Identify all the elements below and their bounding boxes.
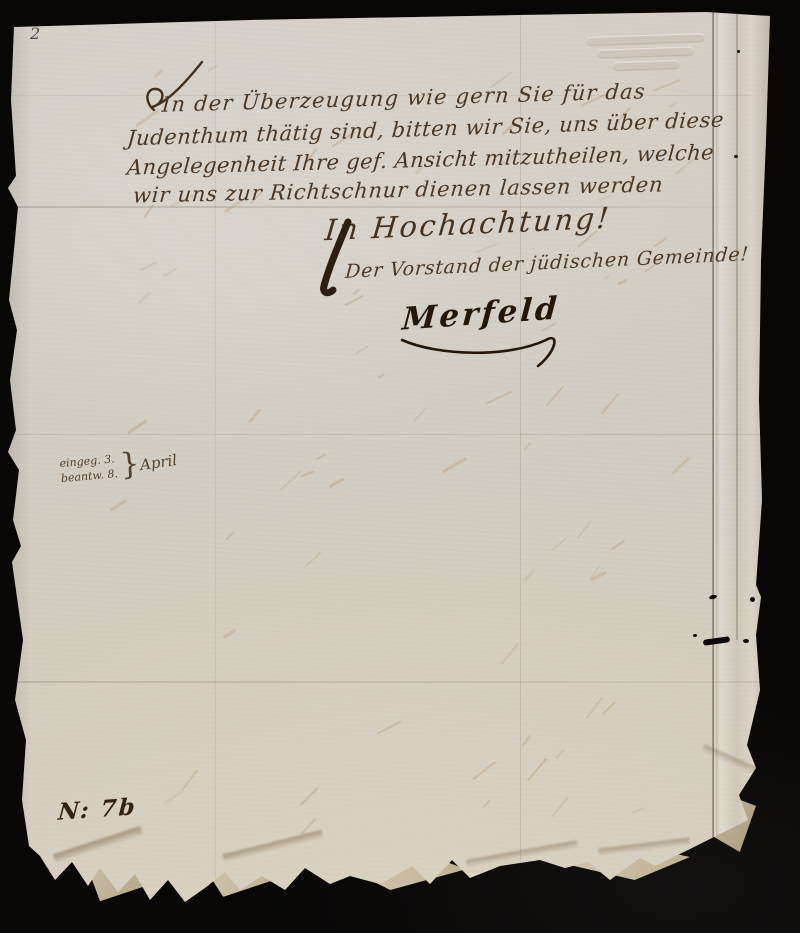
bleed-stroke <box>300 470 314 477</box>
bleed-stroke <box>483 799 490 807</box>
bleed-stroke <box>522 570 535 583</box>
bleed-stroke <box>355 345 369 355</box>
embossed-stamp-line <box>586 33 704 45</box>
margin-note-dates: eingeg. 3. beantw. 8. <box>59 451 119 486</box>
sender-flourish-icon <box>318 220 358 298</box>
edge-shadow <box>598 837 690 856</box>
tear-hole <box>743 639 749 643</box>
bleed-stroke <box>316 453 327 461</box>
bleed-stroke <box>138 292 151 304</box>
bleed-stroke <box>486 390 513 404</box>
tear-hole <box>693 634 697 637</box>
letter-page: 2 In der Überzeugung wie gern Sie für da… <box>0 0 800 933</box>
bleed-stroke <box>304 552 321 568</box>
bleed-stroke <box>546 385 565 406</box>
bleed-stroke <box>163 267 179 278</box>
sender-line: Der Vorstand der jüdischen Gemeinde! <box>344 243 749 283</box>
bleed-stroke <box>471 761 495 780</box>
bleed-stroke <box>601 393 620 415</box>
bleed-stroke <box>589 565 600 580</box>
bleed-stroke <box>590 571 607 582</box>
page-number: 2 <box>30 24 40 43</box>
bleed-stroke <box>602 701 616 715</box>
bleed-stroke <box>632 807 645 815</box>
embossed-stamp-line <box>597 46 693 57</box>
bleed-stroke <box>109 499 128 512</box>
fold-crease <box>520 15 521 875</box>
bleed-stroke <box>225 531 235 541</box>
bleed-stroke <box>555 749 565 759</box>
fold-crease <box>12 681 760 683</box>
signature-flourish-icon <box>398 326 578 372</box>
bleed-stroke <box>671 456 690 475</box>
bleed-stroke <box>668 101 677 108</box>
bleed-stroke <box>222 628 236 639</box>
bleed-stroke <box>523 442 531 451</box>
bleed-stroke <box>441 457 467 473</box>
margin-note-brace: } <box>119 446 141 483</box>
bleed-stroke <box>611 539 625 550</box>
bleed-stroke <box>527 757 547 780</box>
bleed-stroke <box>551 538 566 551</box>
bleed-stroke <box>521 735 531 747</box>
body-line: In der Überzeugung wie gern Sie für das <box>161 79 647 117</box>
edge-shadow <box>53 826 144 864</box>
embossed-stamp-line <box>613 60 679 70</box>
bleed-stroke <box>476 242 500 253</box>
bleed-stroke <box>552 797 570 819</box>
right-fold-band <box>713 10 770 855</box>
bleed-stroke <box>500 643 519 665</box>
tear-hole <box>750 597 755 602</box>
bleed-stroke <box>576 521 591 539</box>
document-number: N: 7b <box>57 793 138 826</box>
bleed-stroke <box>164 791 182 804</box>
bleed-stroke <box>300 787 319 806</box>
bleed-stroke <box>328 477 344 488</box>
bleed-stroke <box>412 407 426 422</box>
bleed-stroke <box>280 470 302 491</box>
bleed-stroke <box>585 697 603 720</box>
bleed-stroke <box>248 408 261 424</box>
bleed-stroke <box>618 279 628 285</box>
margin-note: eingeg. 3. beantw. 8. } April <box>59 443 179 488</box>
tear-hole <box>737 50 740 53</box>
bleed-stroke <box>140 261 158 272</box>
bleed-stroke <box>127 419 147 434</box>
bleed-stroke <box>603 274 611 281</box>
edge-shadow <box>222 830 323 863</box>
bleed-stroke <box>182 769 199 791</box>
fold-crease <box>736 14 738 640</box>
fold-crease <box>8 206 760 208</box>
fold-crease <box>10 434 760 435</box>
margin-note-month: April <box>139 450 178 473</box>
bleed-stroke <box>377 721 402 735</box>
scan-background: 2 In der Überzeugung wie gern Sie für da… <box>0 0 800 933</box>
edge-shadow <box>466 840 578 867</box>
bleed-stroke <box>377 373 385 379</box>
tear-hole <box>734 155 738 158</box>
